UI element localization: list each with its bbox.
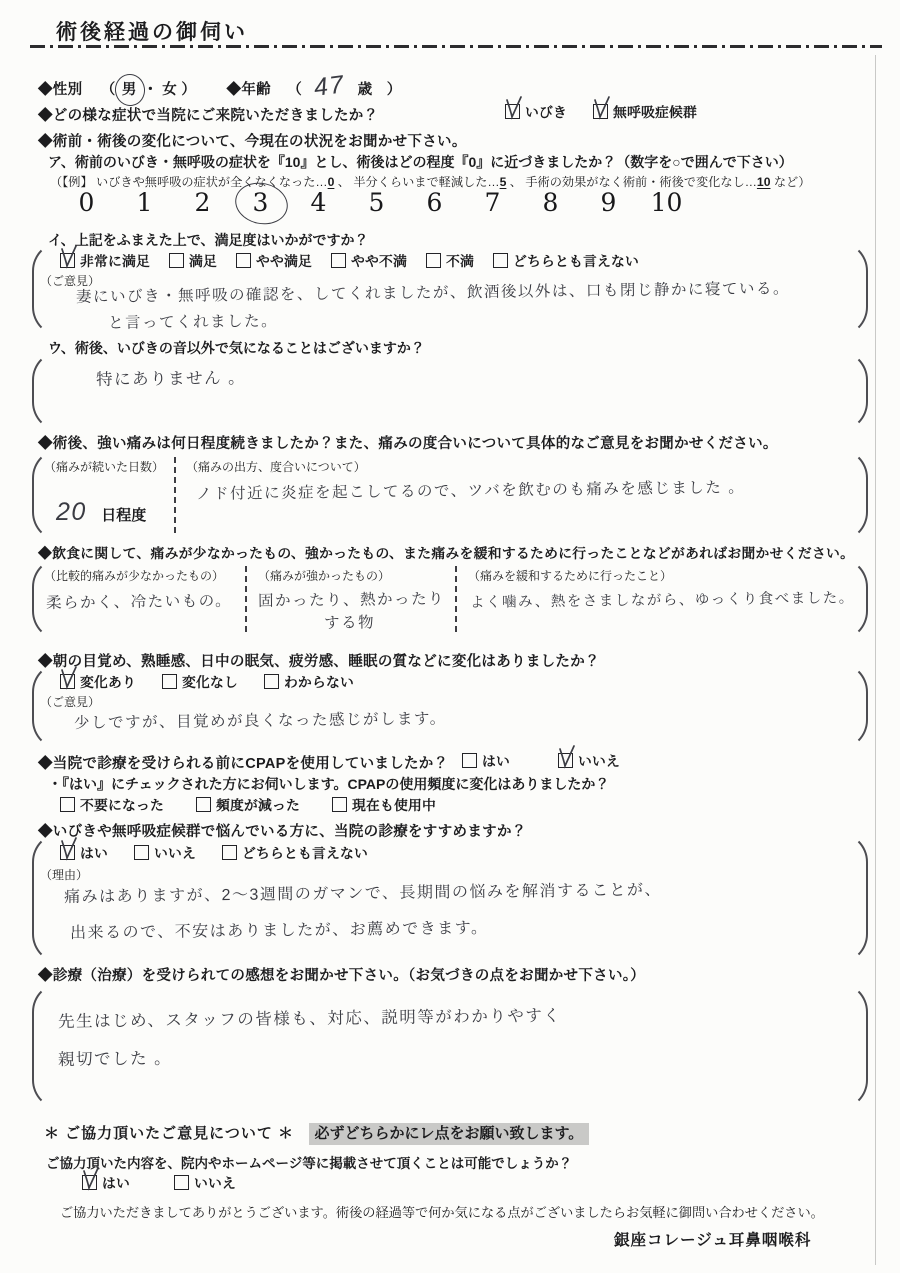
pain-days-handwritten: 20: [56, 498, 87, 526]
scale-question: ア、術前のいびき・無呼吸の症状を『10』とし、術後はどの程度『0』に近づきました…: [48, 152, 793, 172]
satisfaction-answer-box: 非常に満足満足やや満足やや不満不満どちらとも言えない （ご意見） 妻にいびき・無…: [32, 241, 868, 337]
impression-answer-box: 先生はじめ、スタッフの皆様も、対応、説明等がわかりやすく 親切でした 。: [32, 982, 868, 1110]
scale-number-0[interactable]: 0: [68, 188, 105, 217]
age-paren-close: ）: [387, 82, 402, 98]
recommend-option-いいえ[interactable]: いいえ: [134, 842, 196, 862]
change-heading: ◆術前・術後の変化について、今現在の状況をお聞かせ下さい。: [38, 130, 467, 151]
checkbox-box: [462, 753, 477, 768]
checkbox-box: [169, 253, 184, 268]
example-text: 、 半分くらいまで軽減した…: [334, 175, 499, 189]
eating-divider-1: [245, 566, 247, 632]
footer-note-prefix: ＊ ご協力頂いたご意見について ＊: [44, 1125, 294, 1142]
profile-row: ◆性別 （ 男 ・ 女 ） ◆年齢 （ 47 歳 ）: [38, 72, 402, 101]
symptom-option-無呼吸症候群[interactable]: 無呼吸症候群: [593, 101, 697, 121]
checkbox-label: はい: [482, 750, 510, 770]
checkbox-label: はい: [80, 842, 108, 862]
scale-number-9[interactable]: 9: [590, 188, 627, 217]
checkbox-box: [134, 845, 149, 860]
scanned-questionnaire-page: 術後経過の御伺い ◆性別 （ 男 ・ 女 ） ◆年齢 （ 47 歳 ） ◆どの様…: [0, 0, 900, 1273]
eating-col1-answer: 柔らかく、冷たいもの。: [46, 589, 232, 613]
checkbox-label: いいえ: [578, 750, 620, 770]
handwritten-check-icon: [591, 95, 612, 120]
eating-divider-2: [455, 566, 457, 632]
scale-number-3[interactable]: 3: [242, 188, 279, 217]
checkbox-box: [332, 797, 347, 812]
gender-option-male[interactable]: 男: [120, 78, 139, 99]
checkbox-label: 変化なし: [182, 671, 238, 691]
checkbox-label: 不満: [446, 250, 474, 270]
handwritten-check-icon: [58, 244, 79, 269]
recommend-reason-line1: 痛みはありますが、2〜3週間のガマンで、長期間の悩みを解消することが、: [64, 877, 662, 907]
scale-number-6[interactable]: 6: [416, 188, 453, 217]
gender-label: ◆性別: [38, 82, 82, 98]
satisfaction-option-不満[interactable]: 不満: [426, 250, 474, 270]
checkbox-box: [174, 1175, 189, 1190]
handwritten-check-icon: [58, 665, 79, 690]
satisfaction-opinion-line1: 妻にいびき・無呼吸の確認を、してくれましたが、飲酒後以外は、口も閉じ静かに寝てい…: [76, 276, 790, 307]
recommend-reason-label: （理由）: [40, 866, 88, 883]
checkbox-label: やや不満: [351, 250, 407, 270]
recommend-options: はいいいえどちらとも言えない: [60, 842, 368, 862]
cpap-frequency-options: 不要になった頻度が減った現在も使用中: [60, 794, 436, 814]
recommend-reason-line2: 出来るので、不安はありましたが、お薦めできます。: [70, 915, 489, 943]
example-anchor-value: 10: [757, 175, 771, 189]
sleep-option-変化あり[interactable]: 変化あり: [60, 671, 136, 691]
cpap-option-はい[interactable]: はい: [462, 750, 510, 770]
sleep-opinion-handwritten: 少しですが、目覚めが良くなった感じがします。: [74, 706, 447, 733]
example-text: など）: [770, 175, 810, 189]
sleep-option-変化なし[interactable]: 変化なし: [162, 671, 238, 691]
symptom-option-いびき[interactable]: いびき: [505, 101, 567, 121]
pain-detail-handwritten: ノド付近に炎症を起こしてるので、ツバを飲むのも痛みを感じました 。: [196, 475, 745, 504]
age-unit: 歳: [358, 82, 373, 98]
cpap-freq-option-不要になった[interactable]: 不要になった: [60, 794, 164, 814]
eating-col2-label: （痛みが強かったもの）: [258, 567, 390, 584]
checkbox-box: [593, 104, 608, 119]
checkbox-box: [236, 253, 251, 268]
checkbox-label: 不要になった: [80, 794, 164, 814]
example-text: （【例】 いびきや無呼吸の症状が全くなくなった…: [50, 175, 328, 189]
checkbox-label: 変化あり: [80, 671, 136, 691]
clinic-name: 銀座コレージュ耳鼻咽喉科: [614, 1228, 811, 1250]
checkbox-label: 無呼吸症候群: [613, 101, 697, 121]
cpap-freq-option-頻度が減った[interactable]: 頻度が減った: [196, 794, 300, 814]
handwritten-check-icon: [503, 95, 524, 120]
handwritten-check-icon: [58, 836, 79, 861]
cpap-followup: ・『はい』にチェックされた方にお伺いします。CPAPの使用頻度に変化はありました…: [48, 774, 609, 794]
satisfaction-option-やや不満[interactable]: やや不満: [331, 250, 407, 270]
eating-col3-answer: よく噛み、熱をさましながら、ゆっくり食べました。: [470, 586, 855, 612]
symptom-question: ◆どの様な症状で当院にご来院いただきましたか？: [38, 104, 378, 125]
pain-days-value-row: 20 日程度: [56, 498, 146, 527]
scale-number-7[interactable]: 7: [474, 188, 511, 217]
eating-answer-box: （比較的痛みが少なかったもの） 柔らかく、冷たいもの。 （痛みが強かったもの） …: [32, 557, 868, 641]
checkbox-label: いいえ: [194, 1172, 236, 1192]
sleep-opinion-label: （ご意見）: [40, 693, 100, 710]
checkbox-box: [331, 253, 346, 268]
checkbox-label: どちらとも言えない: [513, 250, 639, 270]
scale-number-10[interactable]: 10: [648, 188, 685, 217]
checkbox-box: [493, 253, 508, 268]
eating-col3-label: （痛みを緩和するために行ったこと）: [468, 567, 672, 584]
symptom-options: いびき無呼吸症候群: [505, 101, 697, 121]
age-value-handwritten: 47: [313, 70, 347, 103]
checkbox-box: [426, 253, 441, 268]
thanks-text: ご協力いただきましてありがとうございます。術後の経過等で何か気になる点がございま…: [60, 1202, 824, 1221]
recommend-option-はい[interactable]: はい: [60, 842, 108, 862]
cpap-option-いいえ[interactable]: いいえ: [558, 750, 620, 770]
satisfaction-options: 非常に満足満足やや満足やや不満不満どちらとも言えない: [60, 250, 639, 270]
checkbox-label: やや満足: [256, 250, 312, 270]
checkbox-label: どちらとも言えない: [242, 842, 368, 862]
scale-number-4[interactable]: 4: [300, 188, 337, 217]
recommend-answer-box: はいいいえどちらとも言えない （理由） 痛みはありますが、2〜3週間のガマンで、…: [32, 832, 868, 964]
scale-number-8[interactable]: 8: [532, 188, 569, 217]
checkbox-box: [60, 253, 75, 268]
publish-question: ご協力頂いた内容を、院内やホームページ等に掲載させて頂くことは可能でしょうか？: [46, 1152, 572, 1172]
scale-number-1[interactable]: 1: [126, 188, 163, 217]
satisfaction-option-どちらとも言えない[interactable]: どちらとも言えない: [493, 250, 639, 270]
publish-option-いいえ[interactable]: いいえ: [174, 1172, 236, 1192]
gender-separator: ・: [143, 82, 158, 98]
handwritten-check-icon: [80, 1166, 101, 1191]
checkbox-label: いびき: [525, 101, 567, 121]
checkbox-label: 現在も使用中: [352, 794, 436, 814]
gender-paren-close: ）: [181, 82, 196, 98]
eating-col2-answer: 固かったり、熱かったり: [258, 587, 445, 611]
other-answer-handwritten: 特にありません 。: [96, 364, 246, 390]
satisfaction-option-やや満足[interactable]: やや満足: [236, 250, 312, 270]
checkbox-box: [60, 674, 75, 689]
checkbox-label: 非常に満足: [80, 250, 150, 270]
satisfaction-opinion-line2: と言ってくれました。: [108, 309, 278, 333]
checkbox-box: [505, 104, 520, 119]
checkbox-box: [82, 1175, 97, 1190]
checkbox-box: [222, 845, 237, 860]
footer-note-highlight: 必ずどちらかにレ点をお願い致します。: [309, 1123, 590, 1145]
scale-number-2[interactable]: 2: [184, 188, 221, 217]
scale-row: 012345678910: [68, 188, 706, 217]
pain-detail-label: （痛みの出方、度合いについて）: [186, 458, 366, 475]
page-title: 術後経過の御伺い: [56, 16, 248, 46]
impression-line2: 親切でした 。: [58, 1045, 172, 1070]
publish-option-はい[interactable]: はい: [82, 1172, 130, 1192]
eating-col1-label: （比較的痛みが少なかったもの）: [44, 567, 224, 584]
recommend-option-どちらとも言えない[interactable]: どちらとも言えない: [222, 842, 368, 862]
pain-days-label: （痛みが続いた日数）: [44, 458, 164, 475]
sleep-option-わからない[interactable]: わからない: [264, 671, 354, 691]
sleep-answer-box: 変化あり変化なしわからない （ご意見） 少しですが、目覚めが良くなった感じがしま…: [32, 662, 868, 750]
sleep-options: 変化あり変化なしわからない: [60, 671, 354, 691]
example-text: 、 手術の効果がなく術前・術後で変化なし…: [506, 175, 757, 189]
handwritten-circle-mark: [113, 72, 147, 108]
checkbox-box: [60, 797, 75, 812]
publish-options: はいいいえ: [82, 1172, 236, 1192]
handwritten-check-icon: [556, 744, 577, 769]
impression-line1: 先生はじめ、スタッフの皆様も、対応、説明等がわかりやすく: [58, 1002, 562, 1032]
checkbox-label: いいえ: [154, 842, 196, 862]
footer-note: ＊ ご協力頂いたご意見について ＊ 必ずどちらかにレ点をお願い致します。: [44, 1122, 589, 1143]
pain-days-unit: 日程度: [101, 507, 146, 524]
other-answer-box: 特にありません 。: [32, 350, 868, 432]
cpap-options: はいいいえ: [462, 750, 620, 770]
satisfaction-option-非常に満足[interactable]: 非常に満足: [60, 250, 150, 270]
checkbox-label: 満足: [189, 250, 217, 270]
age-label: ◆年齢: [227, 82, 271, 98]
checkbox-box: [60, 845, 75, 860]
checkbox-box: [196, 797, 211, 812]
checkbox-label: 頻度が減った: [216, 794, 300, 814]
eating-col2-answer2: する物: [324, 610, 375, 633]
pain-answer-box: （痛みが続いた日数） 20 日程度 （痛みの出方、度合いについて） ノド付近に炎…: [32, 448, 868, 542]
pain-column-divider: [174, 457, 176, 533]
checkbox-box: [558, 753, 573, 768]
checkbox-box: [264, 674, 279, 689]
checkbox-label: はい: [102, 1172, 130, 1192]
cpap-freq-option-現在も使用中[interactable]: 現在も使用中: [332, 794, 436, 814]
cpap-question: ◆当院で診療を受けられる前にCPAPを使用していましたか？: [38, 752, 448, 773]
gender-option-female[interactable]: 女: [162, 82, 177, 98]
checkbox-label: わからない: [284, 671, 354, 691]
satisfaction-option-満足[interactable]: 満足: [169, 250, 217, 270]
age-paren-open: （: [287, 82, 302, 98]
gender-paren-open: （: [101, 82, 116, 98]
scale-number-5[interactable]: 5: [358, 188, 395, 217]
checkbox-box: [162, 674, 177, 689]
title-divider: [30, 45, 882, 48]
